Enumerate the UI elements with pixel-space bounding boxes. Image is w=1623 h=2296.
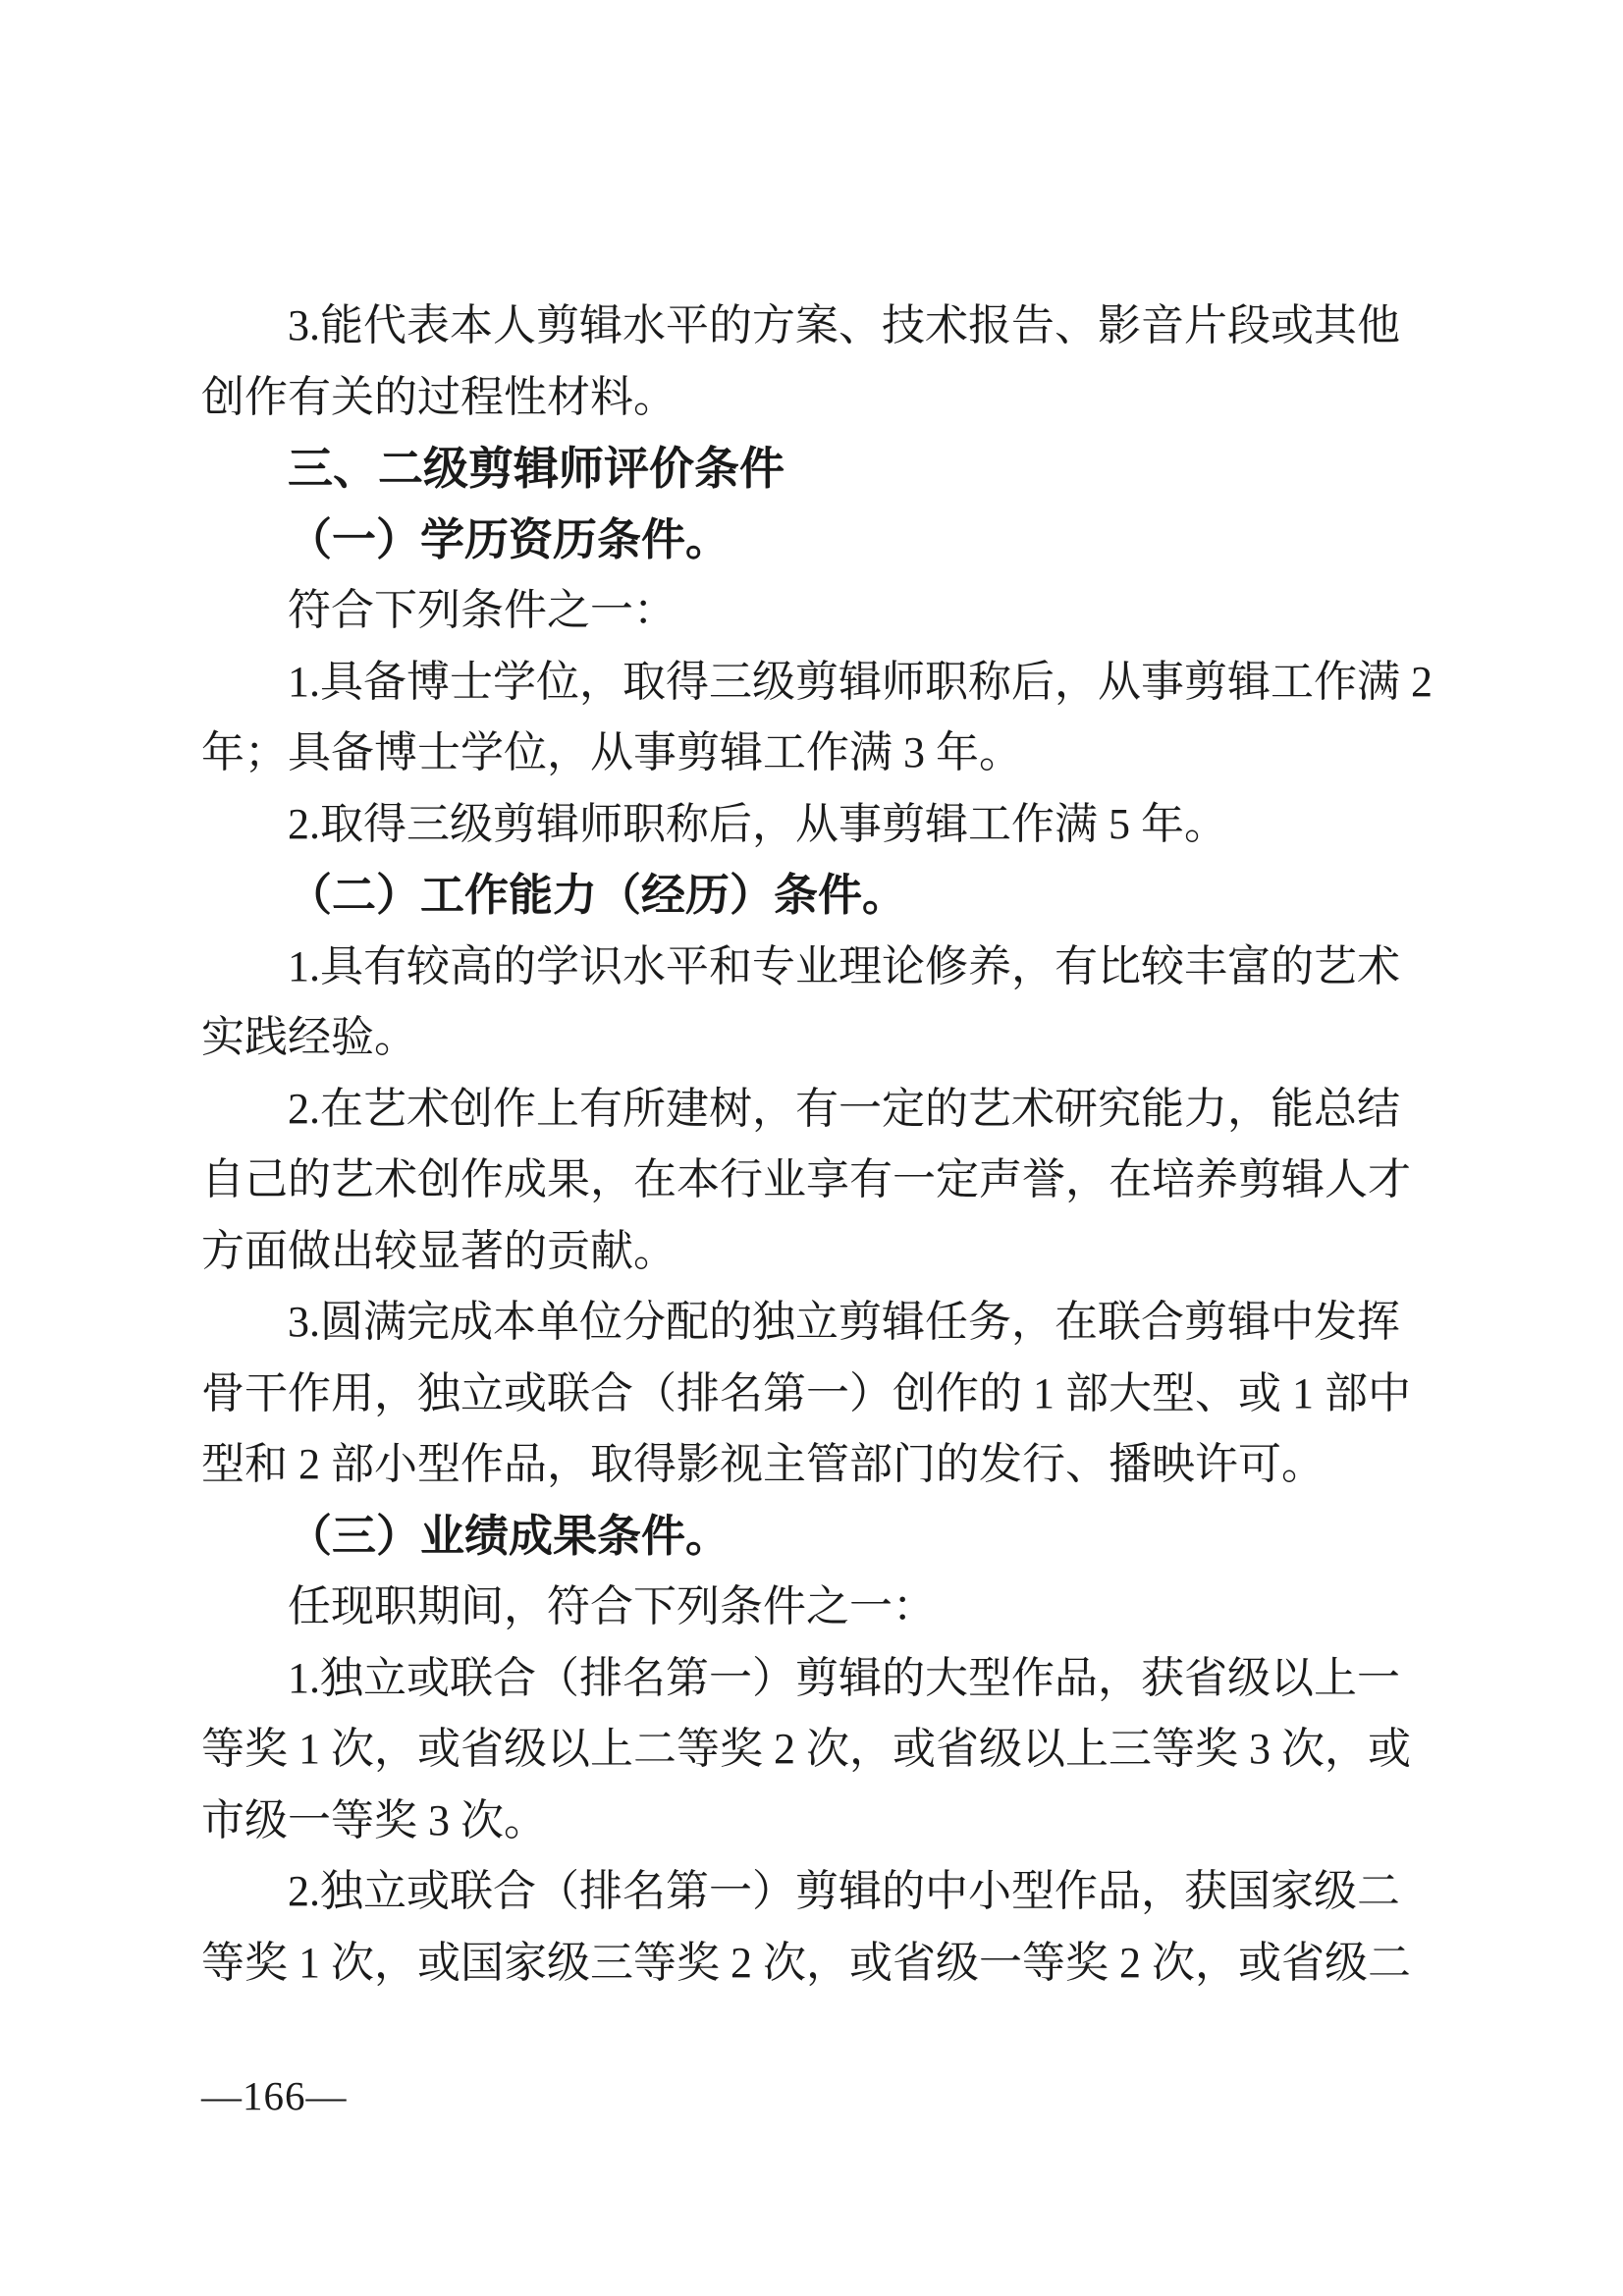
text-line: 等奖 1 次，或省级以上二等奖 2 次，或省级以上三等奖 3 次，或 xyxy=(201,1714,1419,1786)
text-line: 1.具备博士学位，取得三级剪辑师职称后，从事剪辑工作满 2 xyxy=(201,647,1419,719)
text-line: 3.能代表本人剪辑水平的方案、技术报告、影音片段或其他 xyxy=(201,291,1419,362)
text-line: 1.具有较高的学识水平和专业理论修养，有比较丰富的艺术 xyxy=(201,932,1419,1003)
text-line: 自己的艺术创作成果，在本行业享有一定声誉，在培养剪辑人才 xyxy=(201,1145,1419,1216)
text-line: 年；具备博士学位，从事剪辑工作满 3 年。 xyxy=(201,718,1419,789)
section-heading: （三）业绩成果条件。 xyxy=(201,1501,1419,1573)
text-line: 1.独立或联合（排名第一）剪辑的大型作品，获省级以上一 xyxy=(201,1643,1419,1715)
document-body: 3.能代表本人剪辑水平的方案、技术报告、影音片段或其他创作有关的过程性材料。三、… xyxy=(201,291,1419,1999)
page-number: —166— xyxy=(201,2066,348,2125)
text-line: 任现职期间，符合下列条件之一： xyxy=(201,1572,1419,1643)
text-line: 2.独立或联合（排名第一）剪辑的中小型作品，获国家级二 xyxy=(201,1856,1419,1928)
text-line: 等奖 1 次，或国家级三等奖 2 次，或省级一等奖 2 次，或省级二 xyxy=(201,1928,1419,2000)
text-line: 3.圆满完成本单位分配的独立剪辑任务，在联合剪辑中发挥 xyxy=(201,1287,1419,1359)
text-line: 符合下列条件之一： xyxy=(201,575,1419,647)
text-line: 实践经验。 xyxy=(201,1002,1419,1074)
section-heading: （二）工作能力（经历）条件。 xyxy=(201,860,1419,932)
text-line: 创作有关的过程性材料。 xyxy=(201,362,1419,434)
document-page: 3.能代表本人剪辑水平的方案、技术报告、影音片段或其他创作有关的过程性材料。三、… xyxy=(0,0,1623,2296)
section-heading: 三、二级剪辑师评价条件 xyxy=(201,433,1419,505)
text-line: 型和 2 部小型作品，取得影视主管部门的发行、播映许可。 xyxy=(201,1429,1419,1501)
section-heading: （一）学历资历条件。 xyxy=(201,505,1419,576)
text-line: 2.在艺术创作上有所建树，有一定的艺术研究能力，能总结 xyxy=(201,1074,1419,1146)
text-line: 骨干作用，独立或联合（排名第一）创作的 1 部大型、或 1 部中 xyxy=(201,1359,1419,1430)
text-line: 市级一等奖 3 次。 xyxy=(201,1786,1419,1857)
text-line: 2.取得三级剪辑师职称后，从事剪辑工作满 5 年。 xyxy=(201,789,1419,861)
text-line: 方面做出较显著的贡献。 xyxy=(201,1216,1419,1288)
